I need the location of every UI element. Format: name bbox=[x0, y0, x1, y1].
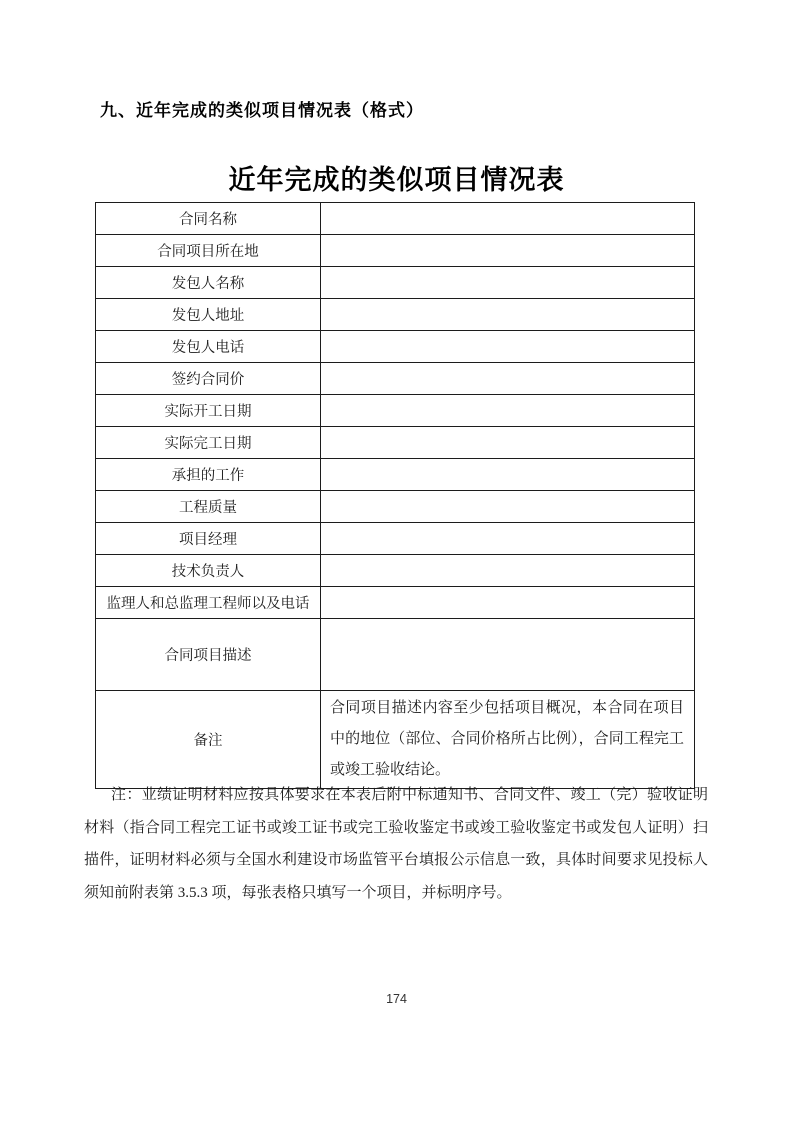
row-value bbox=[321, 395, 695, 427]
row-label: 合同项目描述 bbox=[96, 619, 321, 691]
row-label: 发包人地址 bbox=[96, 299, 321, 331]
table-row: 发包人地址 bbox=[96, 299, 695, 331]
row-value bbox=[321, 299, 695, 331]
row-label: 项目经理 bbox=[96, 523, 321, 555]
row-value bbox=[321, 587, 695, 619]
footnote: 注：业绩证明材料应按具体要求在本表后附中标通知书、合同文件、竣工（完）验收证明材… bbox=[84, 779, 708, 909]
row-value bbox=[321, 203, 695, 235]
row-value bbox=[321, 331, 695, 363]
document-page: 九、近年完成的类似项目情况表（格式） 近年完成的类似项目情况表 合同名称合同项目… bbox=[0, 0, 793, 1122]
row-label: 备注 bbox=[96, 691, 321, 789]
row-label: 监理人和总监理工程师以及电话 bbox=[96, 587, 321, 619]
table-row: 技术负责人 bbox=[96, 555, 695, 587]
row-label: 合同名称 bbox=[96, 203, 321, 235]
row-value bbox=[321, 267, 695, 299]
row-label: 工程质量 bbox=[96, 491, 321, 523]
row-value bbox=[321, 619, 695, 691]
table-row: 合同项目描述 bbox=[96, 619, 695, 691]
table-row: 发包人名称 bbox=[96, 267, 695, 299]
table-row: 监理人和总监理工程师以及电话 bbox=[96, 587, 695, 619]
row-label: 实际完工日期 bbox=[96, 427, 321, 459]
project-info-table: 合同名称合同项目所在地发包人名称发包人地址发包人电话签约合同价实际开工日期实际完… bbox=[95, 202, 695, 789]
table-row: 合同名称 bbox=[96, 203, 695, 235]
row-value bbox=[321, 555, 695, 587]
row-label: 承担的工作 bbox=[96, 459, 321, 491]
table-row: 签约合同价 bbox=[96, 363, 695, 395]
table-row: 承担的工作 bbox=[96, 459, 695, 491]
section-heading: 九、近年完成的类似项目情况表（格式） bbox=[100, 96, 424, 121]
table-row: 实际开工日期 bbox=[96, 395, 695, 427]
row-label: 合同项目所在地 bbox=[96, 235, 321, 267]
table-title: 近年完成的类似项目情况表 bbox=[0, 158, 793, 197]
table-row: 实际完工日期 bbox=[96, 427, 695, 459]
row-label: 实际开工日期 bbox=[96, 395, 321, 427]
row-value bbox=[321, 235, 695, 267]
table-row: 工程质量 bbox=[96, 491, 695, 523]
row-value: 合同项目描述内容至少包括项目概况，本合同在项目中的地位（部位、合同价格所占比例）… bbox=[321, 691, 695, 789]
table-row: 项目经理 bbox=[96, 523, 695, 555]
project-table-body: 合同名称合同项目所在地发包人名称发包人地址发包人电话签约合同价实际开工日期实际完… bbox=[96, 203, 695, 789]
table-row: 备注合同项目描述内容至少包括项目概况，本合同在项目中的地位（部位、合同价格所占比… bbox=[96, 691, 695, 789]
row-value bbox=[321, 491, 695, 523]
table-row: 合同项目所在地 bbox=[96, 235, 695, 267]
row-label: 发包人名称 bbox=[96, 267, 321, 299]
row-value bbox=[321, 363, 695, 395]
row-value bbox=[321, 459, 695, 491]
row-value bbox=[321, 427, 695, 459]
row-label: 发包人电话 bbox=[96, 331, 321, 363]
row-label: 签约合同价 bbox=[96, 363, 321, 395]
page-number: 174 bbox=[0, 992, 793, 1006]
row-value bbox=[321, 523, 695, 555]
row-label: 技术负责人 bbox=[96, 555, 321, 587]
table-row: 发包人电话 bbox=[96, 331, 695, 363]
